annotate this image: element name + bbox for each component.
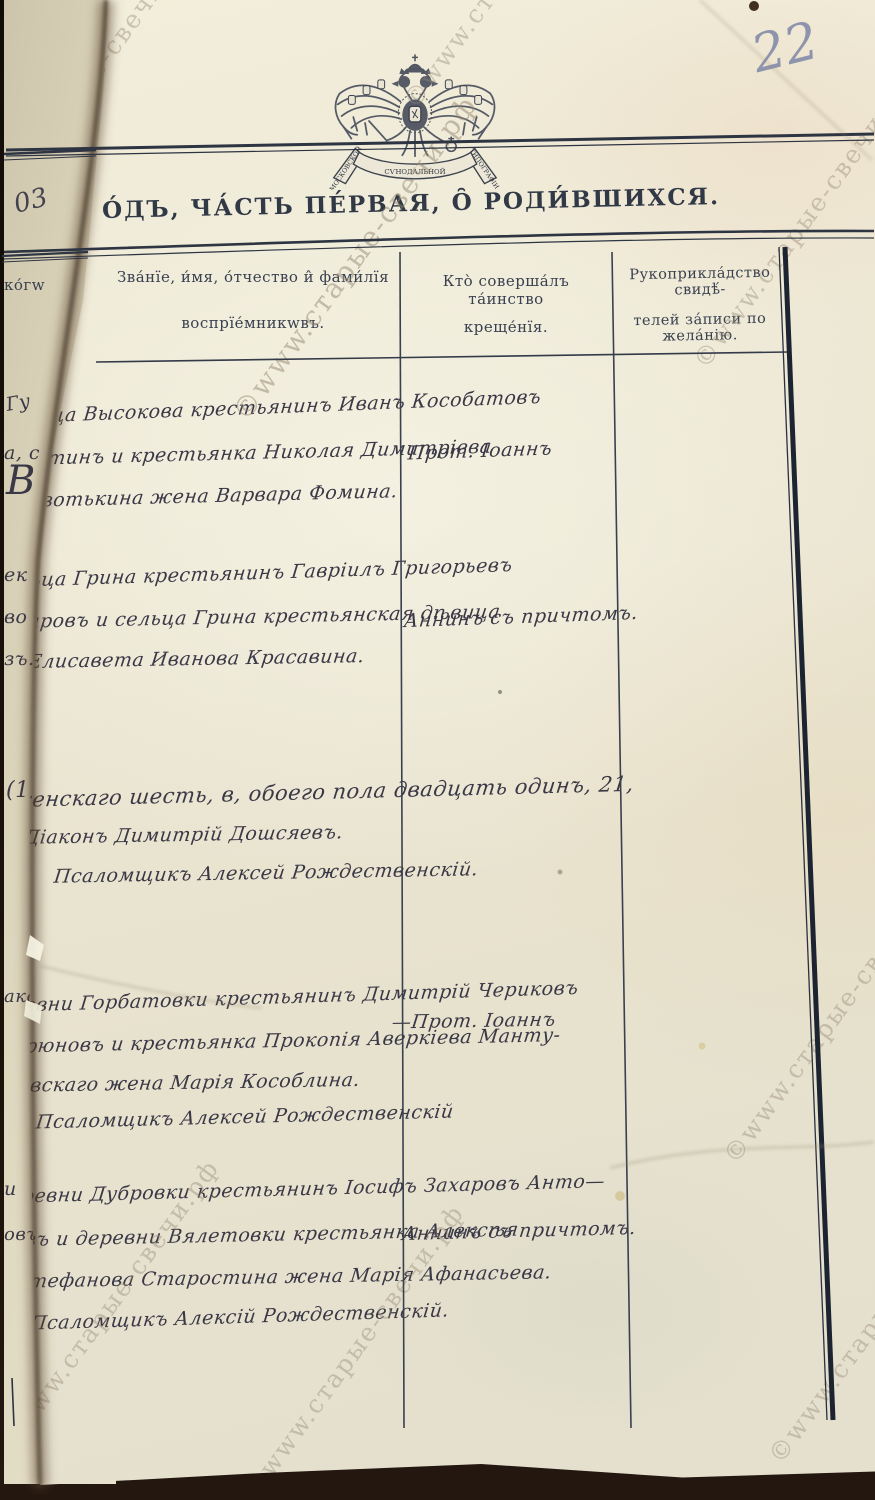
central-shield (409, 106, 421, 122)
watermark: ©www.старые-свечи.рф (762, 1160, 875, 1468)
margin-fragment: зъ. (4, 648, 35, 670)
record-line: Псаломщикъ Алексей Рождественскій (35, 1100, 455, 1133)
margin-fragment: и (4, 1178, 17, 1200)
record-line: Псаломщикъ Алексій Рождественскій. (29, 1299, 450, 1334)
margin-fragment: ек (4, 564, 28, 586)
summary-line: женскаго шесть, в, обоего пола двадцать … (7, 772, 636, 812)
emblem-ribbon: МОСКОВСКОЙ СѴНОДАЛЬНОЙ ТИПОГРАФІИ (327, 144, 500, 190)
header-godparents-line1: Зва́нїе, и́мя, о́тчество и̂ фами́лїя (110, 268, 396, 286)
record-line: ельца Высокова крестьянинъ Иванъ Кособат… (15, 386, 542, 428)
record-line: шевскаго жена Марія Кособлина. (0, 1069, 361, 1097)
header-celebrant-line1: Кто̀ соверша́лъ та́инство (403, 272, 609, 308)
celebrant-note: —Прот. Іоаннъ (391, 1009, 557, 1034)
record-line: Елисавета Иванова Красавина. (27, 645, 366, 673)
header-godparents-line2: воспрїе́мникwвъ. (110, 314, 396, 332)
watermark: ©www.старые-свечи.рф (717, 860, 875, 1168)
record-line: Стефанова Старостина жена Марія Афанасье… (13, 1261, 553, 1292)
header-signatures-line2: телей за́писи по жела́нію. (612, 310, 789, 345)
summary-line: Діаконъ Димитрій Дошсяевъ. (23, 821, 345, 849)
handwritten-year-fragment: 03 (11, 182, 51, 219)
page-title: О́ДЪ, ЧА́СТЬ ПЕ́РВАЯ, О̑ РОДИ́ВШИХСЯ. (102, 183, 720, 224)
eagle-tail (402, 131, 427, 156)
imperial-crown (407, 54, 423, 72)
document-page: МОСКОВСКОЙ СѴНОДАЛЬНОЙ ТИПОГРАФІИ О́ДЪ, … (0, 0, 875, 1500)
summary-line: Псаломщикъ Алексей Рождественскій. (53, 858, 480, 887)
header-signatures-line1: Рукоприкла́дство свидѣ́- (616, 265, 785, 300)
emblem-ribbon-center: СѴНОДАЛЬНОЙ (384, 167, 445, 176)
margin-fragment: В (6, 458, 36, 504)
margin-fragment: Гу (4, 390, 32, 416)
header-celebrant-line2: креще́нїя. (403, 318, 609, 336)
scepter (369, 121, 387, 141)
margin-column-header-fragment: ко́гw (4, 276, 45, 294)
record-line: еревни Дубровки крестьянинъ Іосифъ Захар… (9, 1170, 606, 1208)
margin-fragment: (1 (6, 778, 30, 803)
pencil-page-number: 22 (746, 11, 825, 85)
margin-fragment: во (4, 606, 28, 628)
metrical-book-scan: 03 ко́гw Гу а, с В ек во зъ. (1 ако и ов… (0, 0, 875, 1500)
synodal-typography-eagle-emblem: МОСКОВСКОЙ СѴНОДАЛЬНОЙ ТИПОГРАФІИ (322, 52, 508, 190)
imperial-orb (446, 137, 456, 152)
celebrant-note: Прот. Іоаннъ (407, 437, 553, 464)
record-line: ельца Грина крестьянинъ Гавріилъ Григорь… (5, 554, 514, 592)
record-line: евотькина жена Варвара Фомина. (29, 480, 399, 512)
